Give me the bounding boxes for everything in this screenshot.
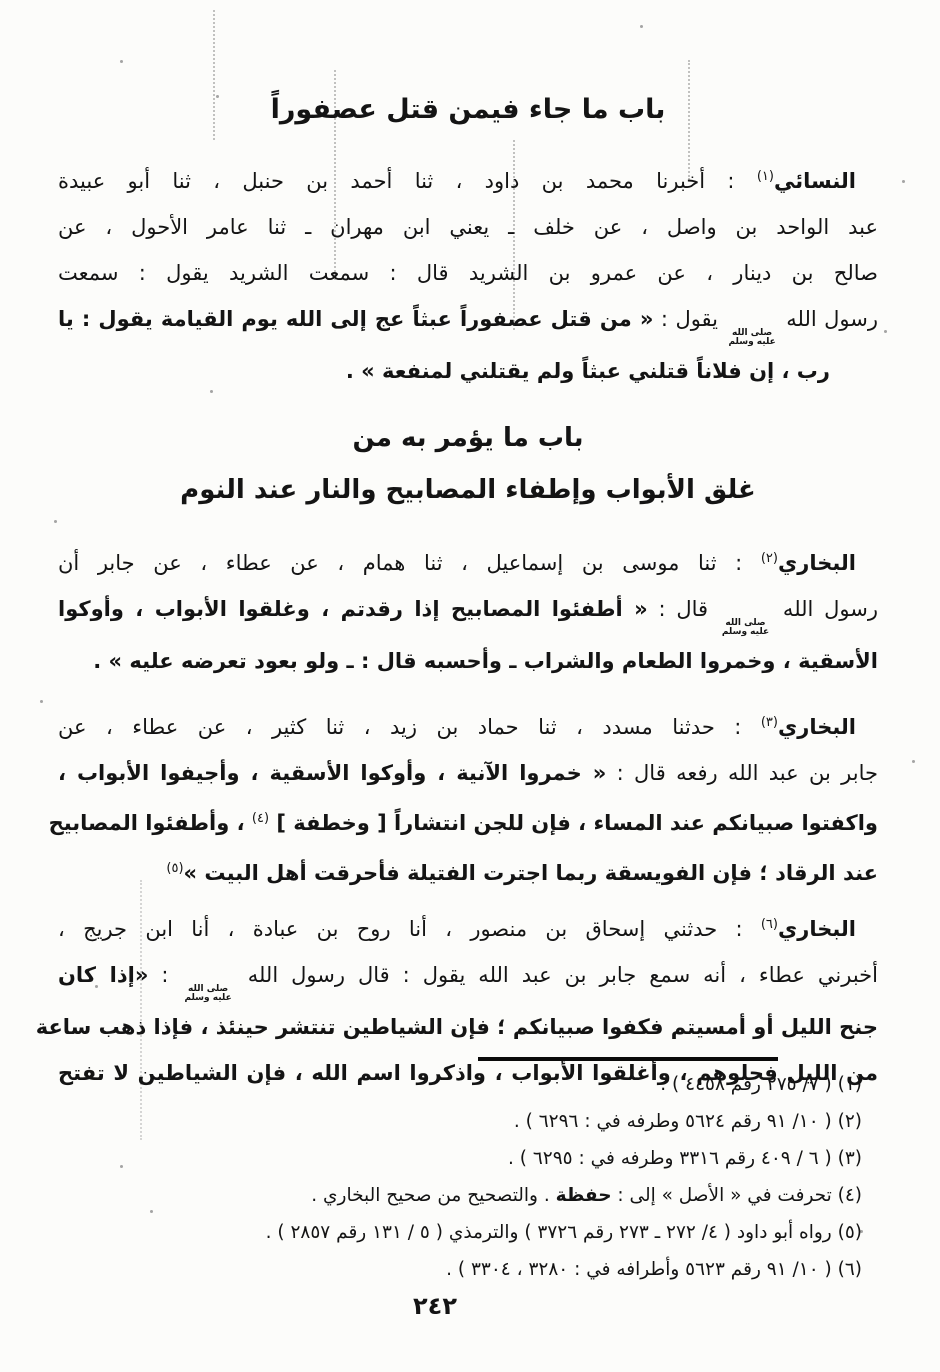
text-segment: رب ، إن فلاناً قتلني عبثاً ولم يقتلني لم… [346,359,830,383]
scan-noise [884,330,887,333]
text-segment: : أخبرنا محمد بن داود ، ثنا أحمد بن حنبل… [58,169,757,193]
chapter-heading: باب ما يؤمر به من [58,418,878,458]
scan-noise [150,1210,153,1213]
book-page: باب ما جاء فيمن قتل عصفوراًالنسائي(١) : … [0,0,940,1372]
prophet-salutation-symbol: صلى اللهعليه وسلم [729,329,776,348]
text-line: النسائي(١) : أخبرنا محمد بن داود ، ثنا أ… [58,154,878,204]
text-line: رسول الله صلى اللهعليه وسلم يقول : « من … [58,296,878,348]
footnotes: (١) ( ٧/ ٢٧٥ رقم ٤٤٥٨ ) .(٢) ( ١٠/ ٩١ رق… [40,1066,862,1288]
text-line: جنح الليل أو أمسيتم فكفوا صبيانكم ؛ فإن … [58,1004,878,1050]
text-segment: : [148,963,181,987]
text-segment: . والتصحيح من صحيح البخاري . [311,1185,555,1206]
footnote: (٣) ( ٦ / ٤٠٩ رقم ٣٣١٦ وطرفه في : ٦٢٩٥ )… [40,1140,862,1177]
text-line: البخاري(٣) : حدثنا مسدد ، ثنا حماد بن زي… [58,700,878,750]
footnote: (١) ( ٧/ ٢٧٥ رقم ٤٤٥٨ ) . [40,1066,862,1103]
footnote-marker: (٤) [252,811,269,826]
paragraph: النسائي(١) : أخبرنا محمد بن داود ، ثنا أ… [58,154,878,394]
scan-noise [470,1035,473,1038]
salutation-bottom: عليه وسلم [722,628,769,637]
paragraph: البخاري(٣) : حدثنا مسدد ، ثنا حماد بن زي… [58,700,878,896]
scan-noise [213,10,215,140]
text-segment: : حدثني إسحاق بن منصور ، أنا روح بن عباد… [58,917,761,941]
scan-noise [860,1230,863,1233]
scan-noise [120,1165,123,1168]
chapter-heading: باب ما جاء فيمن قتل عصفوراً [58,90,878,130]
scan-noise [54,520,57,523]
page-body: باب ما جاء فيمن قتل عصفوراًالنسائي(١) : … [58,0,878,1096]
text-line: أخبرني عطاء ، أنه سمع جابر بن عبد الله ي… [58,952,878,1004]
text-segment: ، وأطفئوا المصابيح [49,811,252,835]
salutation-bottom: عليه وسلم [729,338,776,347]
footnote-marker: (١) [757,169,774,184]
footnote: (٤) تحرفت في « الأصل » إلى : حفظة . والت… [40,1177,862,1214]
text-segment: جابر بن عبد الله رفعه قال : [606,761,878,785]
text-line: عبد الواحد بن واصل ، عن خلف ـ يعني ابن م… [58,204,878,250]
text-line: جابر بن عبد الله رفعه قال : « خمروا الآن… [58,750,878,796]
text-line: عند الرقاد ؛ فإن الفويسقة ربما اجترت الف… [58,846,878,896]
scan-noise [912,760,915,763]
footnote: (٥) رواه أبو داود ( ٤/ ٢٧٢ ـ ٢٧٣ رقم ٣٧٢… [40,1214,862,1251]
footnote-marker: (٦) [761,917,778,932]
text-line: صالح بن دينار ، عن عمرو بن الشريد قال : … [58,250,878,296]
footnote: (٦) ( ١٠/ ٩١ رقم ٥٦٢٣ وأطرافه في : ٣٢٨٠ … [40,1251,862,1288]
scan-noise [513,140,515,330]
text-segment: البخاري [778,917,856,941]
text-segment: عبد الواحد بن واصل ، عن خلف ـ يعني ابن م… [58,215,878,239]
scan-noise [688,60,690,180]
text-segment: (٣) ( ٦ / ٤٠٩ رقم ٣٣١٦ وطرفه في : ٦٢٩٥ )… [508,1148,862,1169]
text-segment: عند الرقاد ؛ فإن الفويسقة ربما اجترت الف… [184,861,878,885]
text-segment: رسول الله [779,307,878,331]
text-line: البخاري(٢) : ثنا موسى بن إسماعيل ، ثنا ه… [58,536,878,586]
text-line: رب ، إن فلاناً قتلني عبثاً ولم يقتلني لم… [58,348,878,394]
text-segment: « من قتل عصفوراً عبثاً عج إلى الله يوم ا… [58,307,653,331]
scan-noise [95,985,98,988]
footnote: (٢) ( ١٠/ ٩١ رقم ٥٦٢٤ وطرفه في : ٦٢٩٦ ) … [40,1103,862,1140]
scan-noise [216,95,219,98]
text-line: البخاري(٦) : حدثني إسحاق بن منصور ، أنا … [58,902,878,952]
text-segment: «إذا كان [58,963,148,987]
text-segment: : ثنا موسى بن إسماعيل ، ثنا همام ، عن عط… [58,551,761,575]
text-segment: « أطفئوا المصابيح إذا رقدتم ، وغلقوا الأ… [58,597,648,621]
footnote-marker: (٢) [761,551,778,566]
chapter-heading: غلق الأبواب وإطفاء المصابيح والنار عند ا… [58,470,878,510]
footnote-separator [478,1057,778,1061]
page-number: ٢٤٢ [0,1292,870,1320]
text-segment: : حدثنا مسدد ، ثنا حماد بن زيد ، ثنا كثي… [58,715,761,739]
paragraph: البخاري(٢) : ثنا موسى بن إسماعيل ، ثنا ه… [58,536,878,684]
text-segment: (٢) ( ١٠/ ٩١ رقم ٥٦٢٤ وطرفه في : ٦٢٩٦ ) … [514,1111,862,1132]
scan-noise [120,60,123,63]
text-segment: (١) ( ٧/ ٢٧٥ رقم ٤٤٥٨ ) . [660,1074,862,1095]
text-segment: (٥) رواه أبو داود ( ٤/ ٢٧٢ ـ ٢٧٣ رقم ٣٧٢… [266,1222,862,1243]
text-line: واكفتوا صبيانكم عند المساء ، فإن للجن ان… [58,796,878,846]
text-segment: قال : [648,597,719,621]
scan-noise [210,390,213,393]
text-segment: صالح بن دينار ، عن عمرو بن الشريد قال : … [58,261,878,285]
text-segment: رسول الله [772,597,878,621]
text-line: رسول الله صلى اللهعليه وسلم قال : « أطفئ… [58,586,878,638]
text-segment: حفظة [556,1185,612,1206]
scan-noise [140,880,142,1140]
text-segment: (٦) ( ١٠/ ٩١ رقم ٥٦٢٣ وأطرافه في : ٣٢٨٠ … [446,1259,862,1280]
text-segment: البخاري [778,715,856,739]
text-segment: جنح الليل أو أمسيتم فكفوا صبيانكم ؛ فإن … [36,1015,878,1039]
text-segment: الأسقية ، وخمروا الطعام والشراب ـ وأحسبه… [93,649,878,673]
text-segment: « خمروا الآنية ، وأوكوا الأسقية ، وأجيفو… [58,761,606,785]
scan-noise [334,70,336,280]
text-segment: (٤) تحرفت في « الأصل » إلى : [612,1185,862,1206]
text-segment: أخبرني عطاء ، أنه سمع جابر بن عبد الله ي… [235,963,878,987]
text-segment: واكفتوا صبيانكم عند المساء ، فإن للجن ان… [269,811,878,835]
footnote-marker: (٣) [761,715,778,730]
prophet-salutation-symbol: صلى اللهعليه وسلم [184,985,231,1004]
text-line: الأسقية ، وخمروا الطعام والشراب ـ وأحسبه… [58,638,878,684]
text-segment: النسائي [774,169,856,193]
scan-noise [40,700,43,703]
text-segment: يقول : [653,307,725,331]
footnote-marker: (٥) [166,861,183,876]
scan-noise [640,25,643,28]
text-segment: البخاري [778,551,856,575]
scan-noise [902,180,905,183]
prophet-salutation-symbol: صلى اللهعليه وسلم [722,619,769,638]
salutation-bottom: عليه وسلم [184,994,231,1003]
